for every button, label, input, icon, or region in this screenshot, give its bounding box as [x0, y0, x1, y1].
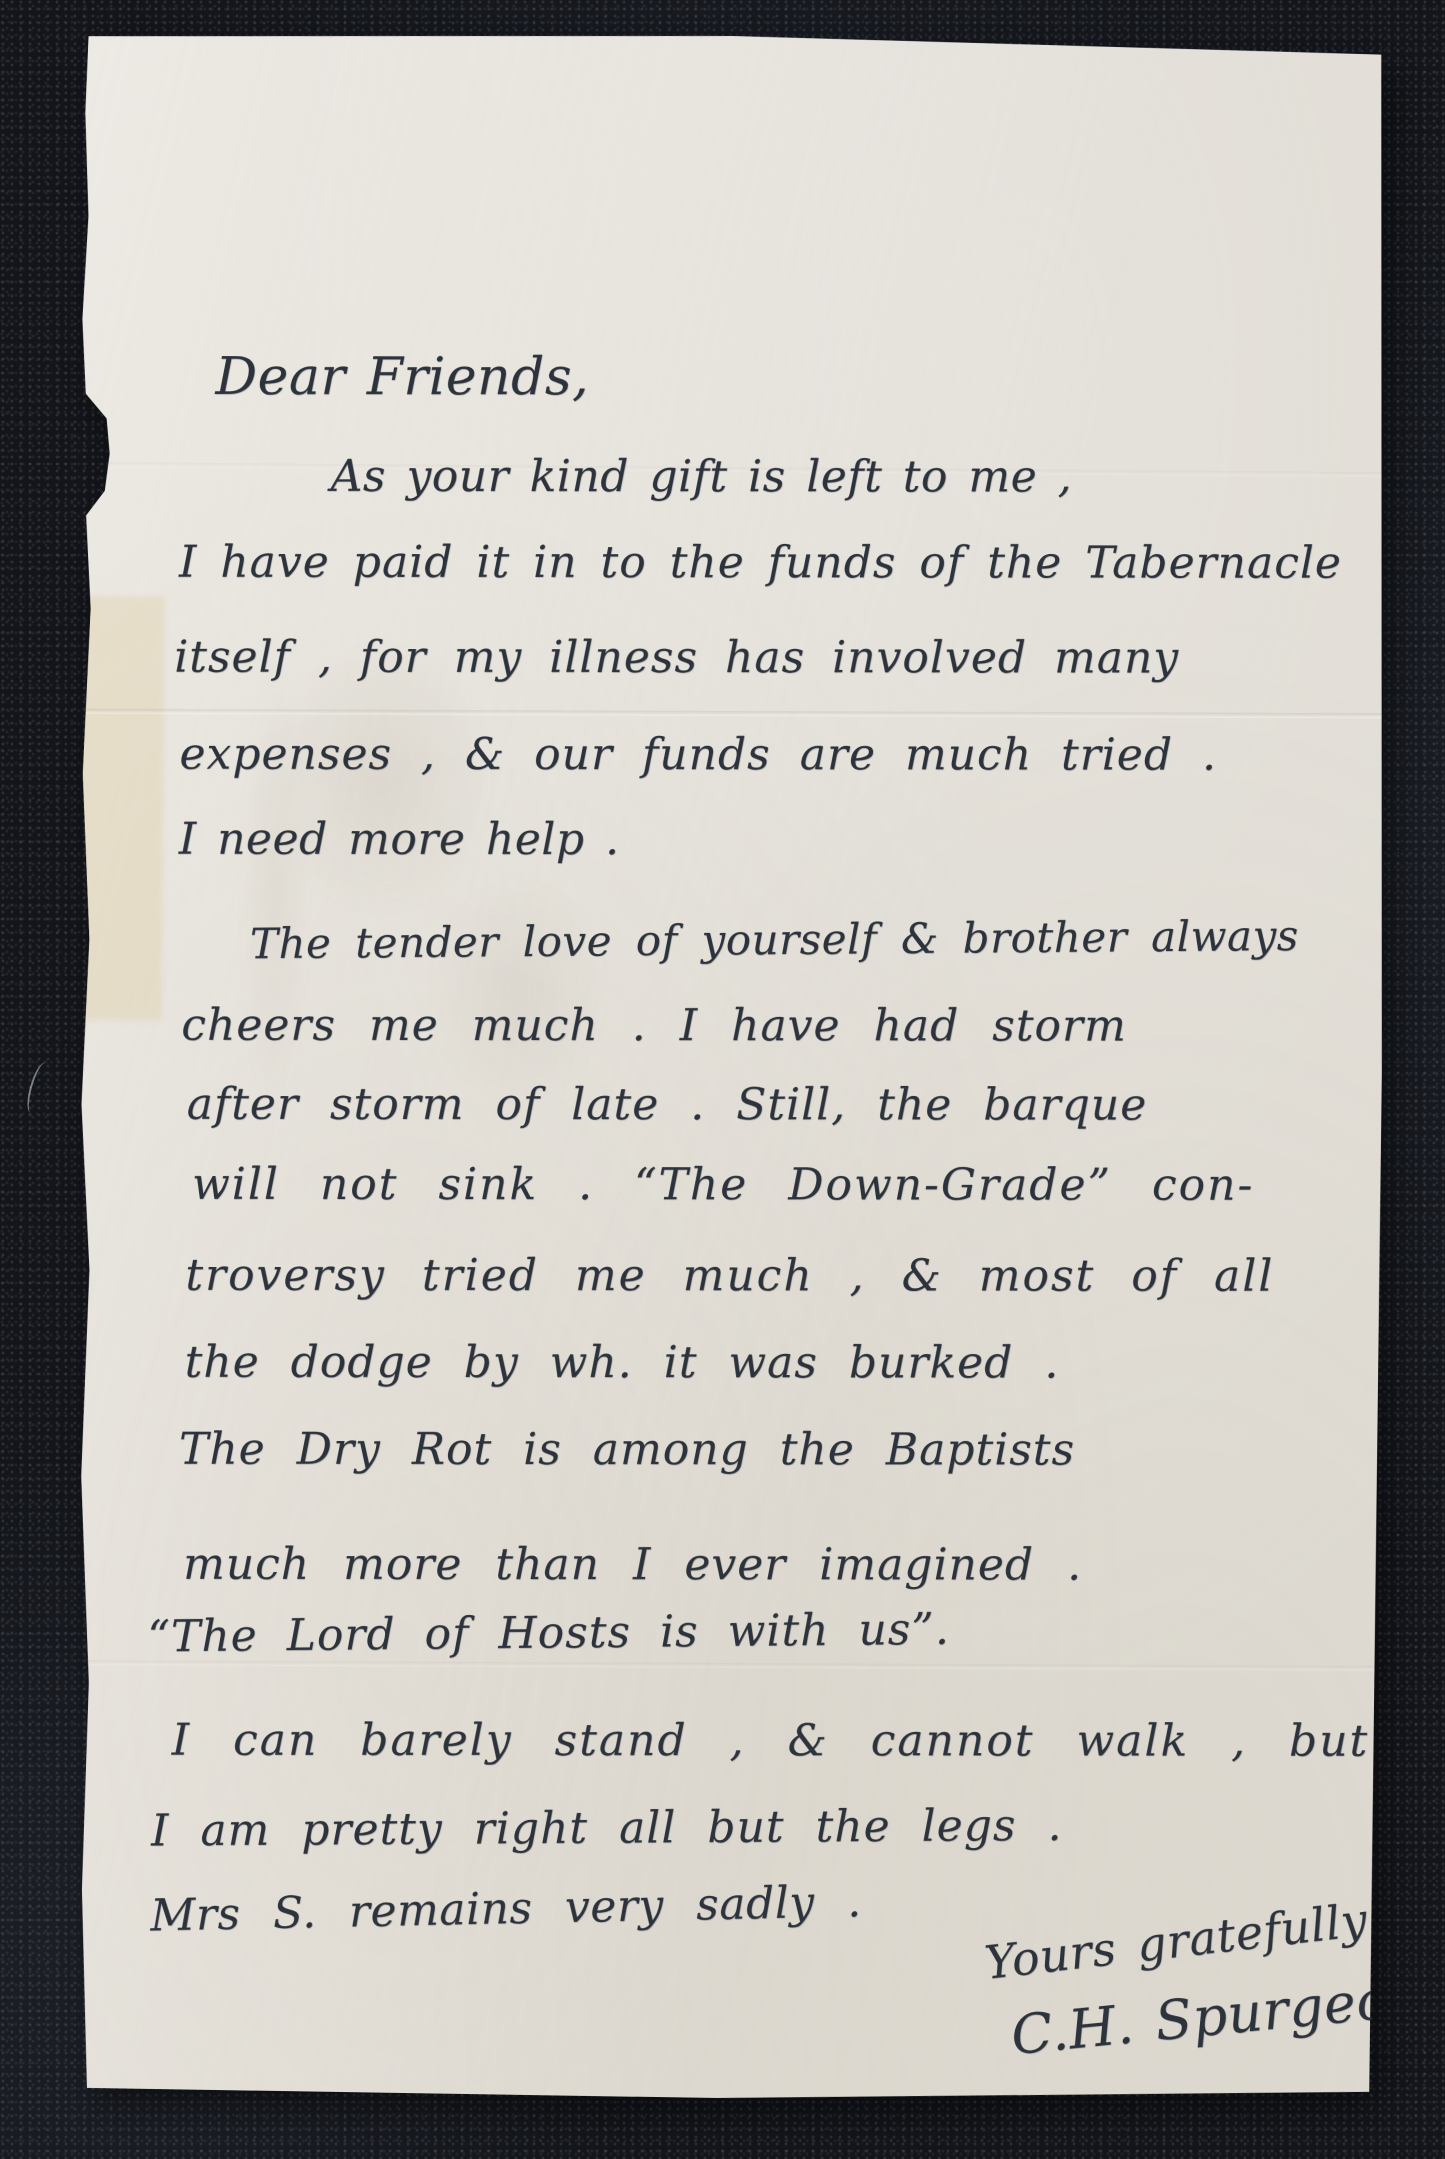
- letter-line: expenses , & our funds are much tried .: [179, 729, 1217, 781]
- letter-line: after storm of late . Still, the barque: [187, 1078, 1148, 1130]
- letter-line: much more than I ever imagined .: [183, 1539, 1082, 1591]
- tape-residue-mark: [74, 596, 164, 1020]
- letter-paper: Dear Friends, As your kind gift is left …: [58, 30, 1392, 2106]
- letter-line: “The Lord of Hosts is with us”.: [147, 1603, 950, 1662]
- letter-line: As your kind gift is left to me ,: [330, 451, 1072, 503]
- salutation: Dear Friends,: [215, 347, 589, 407]
- letter-line: cheers me much . I have had storm: [181, 1000, 1127, 1052]
- fold-crease: [61, 1660, 1379, 1671]
- letter-line: The tender love of yourself & brother al…: [250, 911, 1299, 968]
- letter-photograph: Dear Friends, As your kind gift is left …: [0, 0, 1445, 2159]
- paper-fiber: [23, 1061, 53, 1115]
- letter-line: troversy tried me much , & most of all: [185, 1250, 1274, 1302]
- letter-line: itself , for my illness has involved man…: [174, 632, 1179, 684]
- letter-line: the dodge by wh. it was burked .: [185, 1337, 1060, 1389]
- letter-line: I have paid it in to the funds of the Ta…: [179, 537, 1342, 589]
- letter-line: I can barely stand , & cannot walk , but: [171, 1715, 1369, 1767]
- letter-line: I am pretty right all but the legs .: [150, 1800, 1062, 1857]
- letter-line: will not sink . “The Down-Grade” con-: [191, 1159, 1253, 1211]
- letter-line: The Dry Rot is among the Baptists: [179, 1423, 1075, 1475]
- letter-line: Mrs S. remains very sadly .: [149, 1876, 861, 1941]
- paper-shadow-wrap: Dear Friends, As your kind gift is left …: [58, 30, 1392, 2106]
- letter-line: I need more help .: [178, 814, 619, 865]
